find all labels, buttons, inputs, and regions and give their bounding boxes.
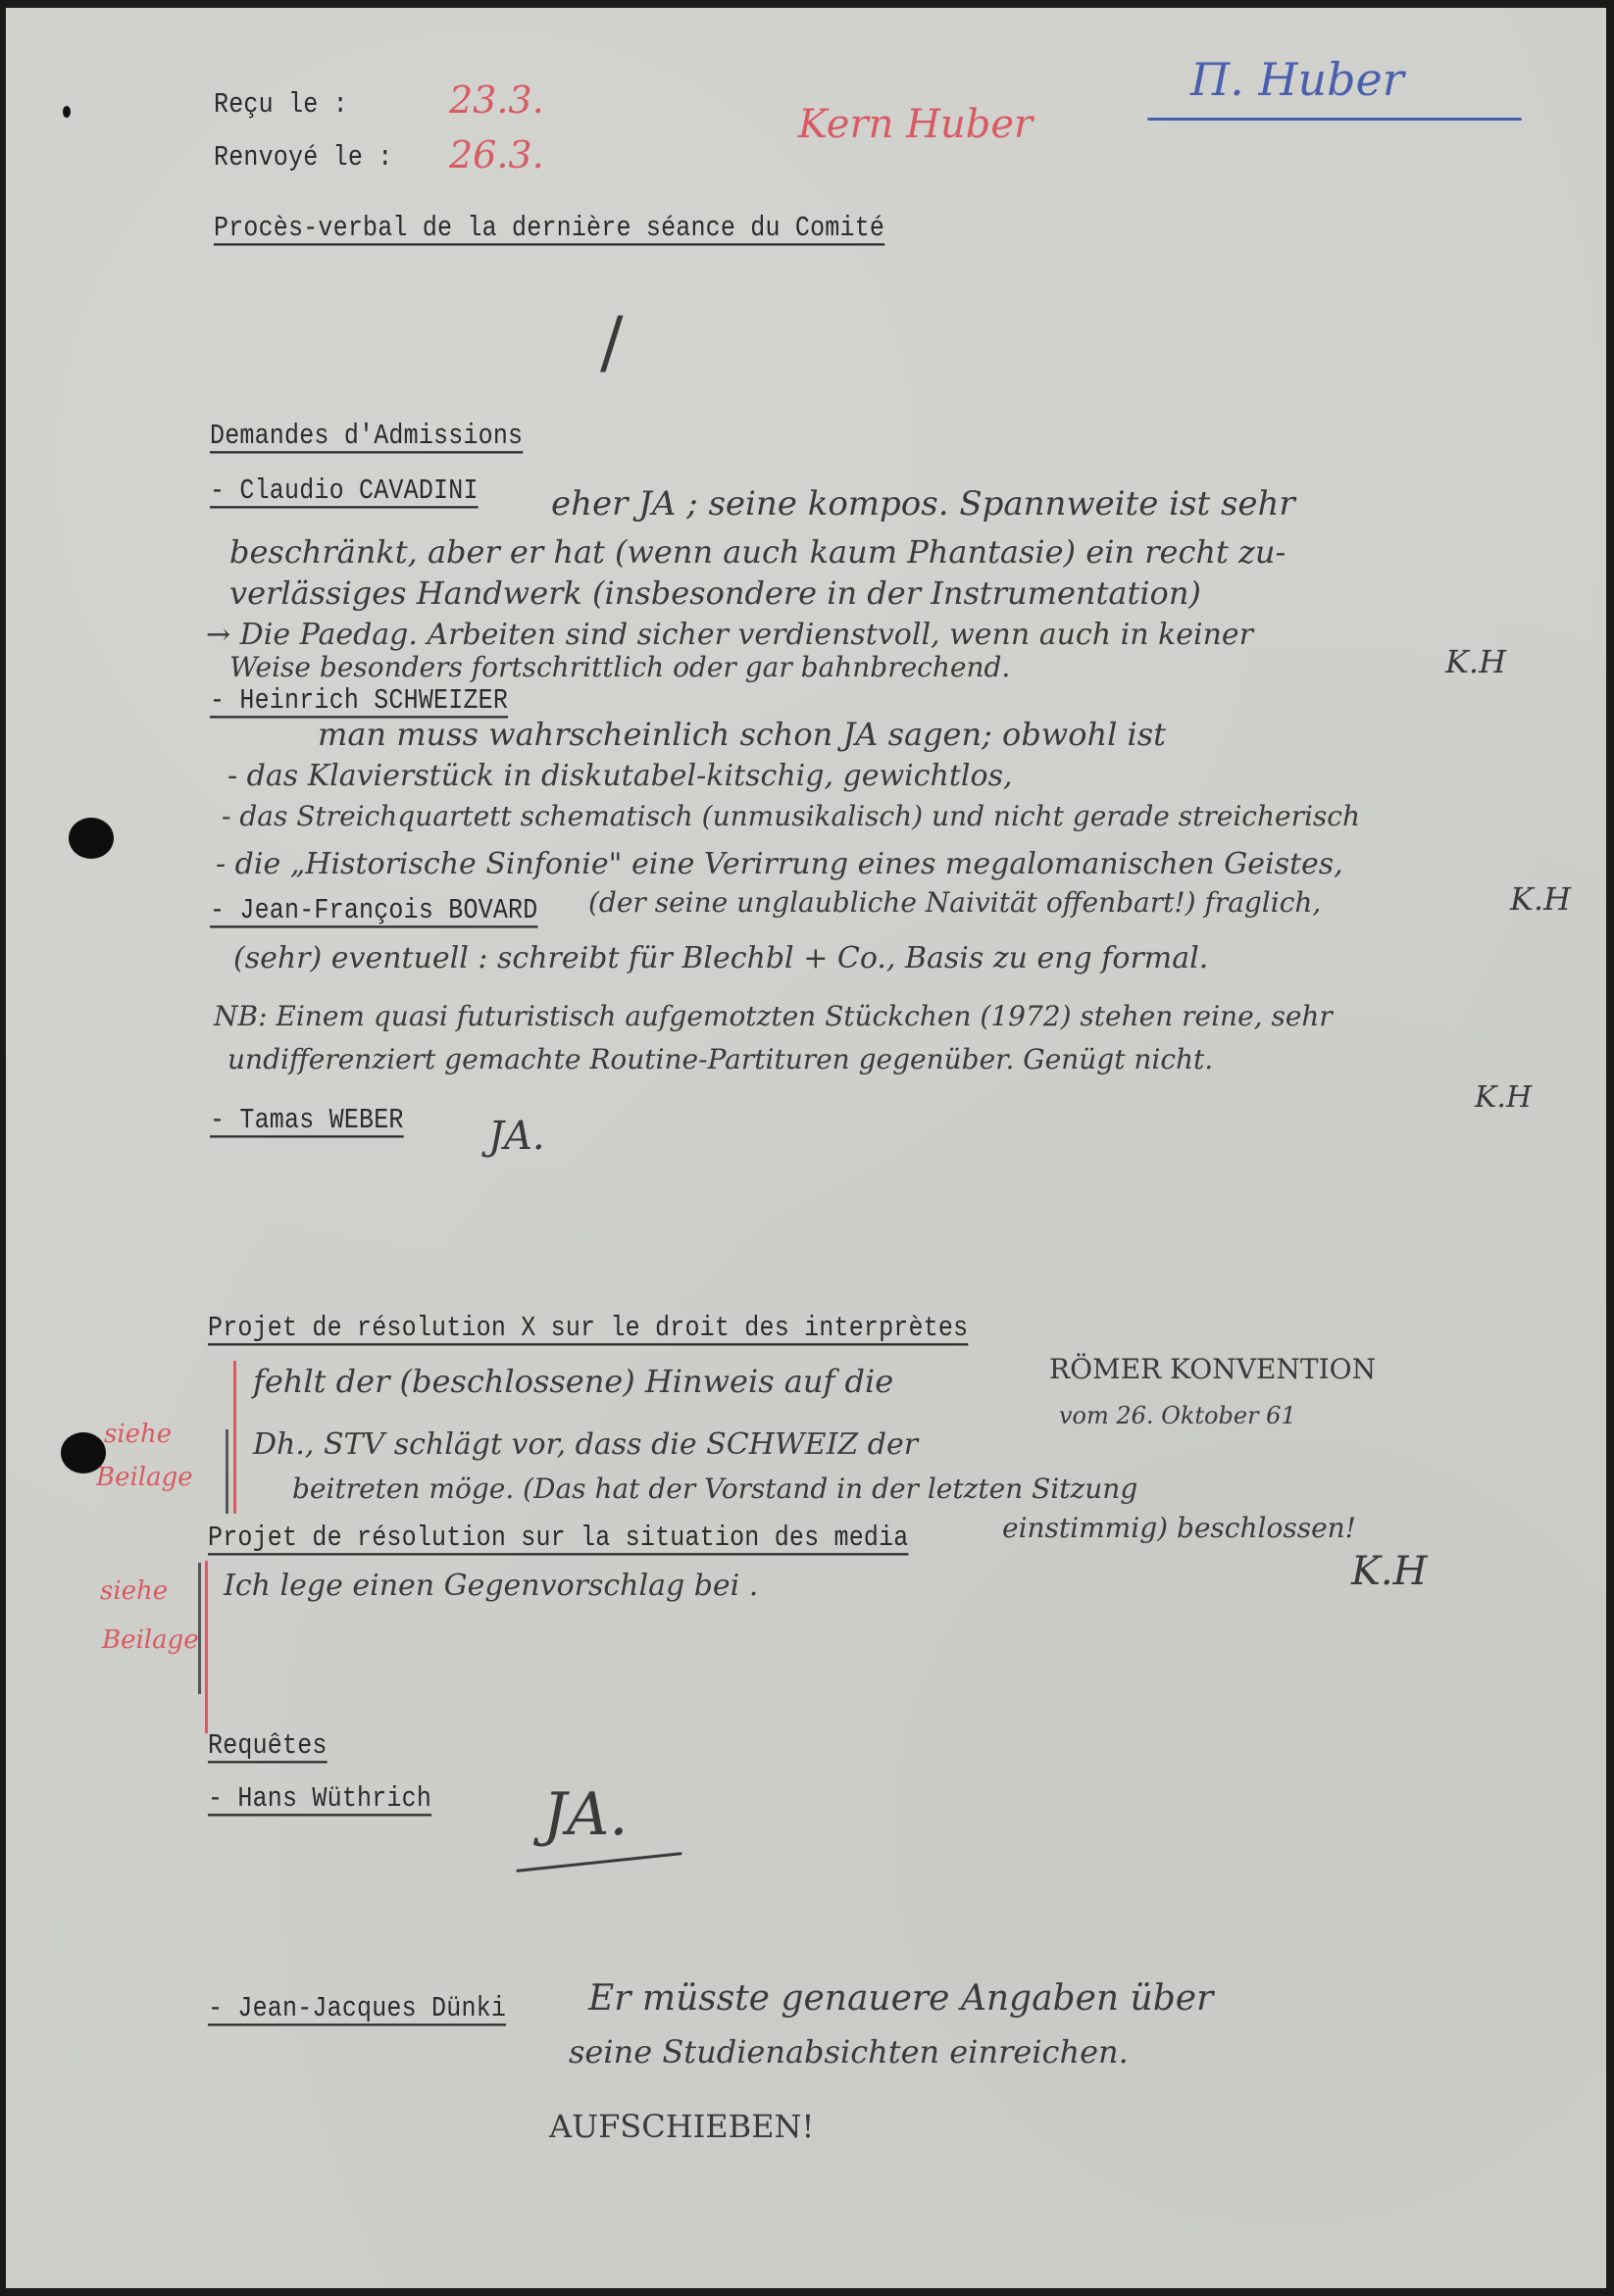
handwritten-note: - das Klavierstück in diskutabel-kitschi…: [227, 759, 1013, 793]
handwritten-note: Dh., STV schlägt vor, dass die SCHWEIZ d…: [253, 1427, 918, 1462]
initials: K.H: [1475, 1080, 1532, 1115]
admissions-heading: Demandes d'Admissions: [210, 420, 523, 452]
handwritten-note: man muss wahrscheinlich schon JA sagen; …: [318, 716, 1166, 753]
initials: K.H: [1445, 643, 1506, 680]
bracket-note: vom 26. Oktober 61: [1059, 1402, 1296, 1429]
punch-hole-top: [69, 818, 114, 859]
handwritten-note: Ich lege einen Gegenvorschlag bei .: [224, 1569, 758, 1603]
slash-mark: /: [600, 302, 624, 382]
resolution-media-heading: Projet de résolution sur la situation de…: [208, 1522, 909, 1554]
handwritten-note: seine Studienabsichten einreichen.: [569, 2033, 1129, 2071]
blue-underline: [1147, 118, 1522, 121]
document-page: Reçu le : 23.3. Renvoyé le : 26.3. Kern …: [6, 8, 1606, 2288]
margin-note: Beilage: [102, 1625, 199, 1655]
request-name: - Jean-Jacques Dünki: [208, 1992, 506, 2024]
margin-note: siehe: [104, 1420, 172, 1449]
blue-name: Π. Huber: [1190, 53, 1404, 106]
returned-date: 26.3.: [449, 133, 544, 176]
requests-heading: Requêtes: [208, 1729, 328, 1762]
margin-bracket-pencil: [226, 1429, 228, 1514]
handwritten-note: (der seine unglaubliche Naivität offenba…: [588, 886, 1321, 919]
candidate-name: - Heinrich SCHWEIZER: [210, 684, 508, 717]
handwritten-note: undifferenziert gemachte Routine-Partitu…: [227, 1043, 1213, 1075]
handwritten-note: → Die Paedag. Arbeiten sind sicher verdi…: [206, 618, 1253, 652]
received-label: Reçu le :: [214, 88, 348, 121]
bracket-note: RÖMER KONVENTION: [1049, 1353, 1376, 1385]
handwritten-note: - die „Historische Sinfonie" eine Verirr…: [216, 847, 1343, 881]
margin-bracket-red: [233, 1361, 236, 1514]
handwritten-note: beitreten möge. (Das hat der Vorstand in…: [292, 1472, 1137, 1505]
candidate-name: - Jean-François BOVARD: [210, 894, 537, 926]
red-signature: Kern Huber: [798, 102, 1033, 147]
resolution-interpreters-heading: Projet de résolution X sur le droit des …: [208, 1312, 968, 1344]
initials: K.H: [1510, 880, 1571, 918]
handwritten-note: eher JA ; seine kompos. Spannweite ist s…: [551, 484, 1295, 524]
handwritten-note: - das Streichquartett schematisch (unmus…: [222, 800, 1360, 832]
ja-underline: [516, 1852, 681, 1872]
handwritten-note: (sehr) eventuell : schreibt für Blechbl …: [233, 941, 1208, 975]
handwritten-note: beschränkt, aber er hat (wenn auch kaum …: [229, 533, 1286, 571]
handwritten-note: verlässiges Handwerk (insbesondere in de…: [229, 574, 1201, 612]
initials: K.H: [1351, 1549, 1427, 1594]
handwritten-note: fehlt der (beschlossene) Hinweis auf die: [253, 1363, 893, 1400]
candidate-name: - Claudio CAVADINI: [210, 474, 479, 507]
handwritten-note: AUFSCHIEBEN!: [549, 2108, 814, 2145]
margin-bracket-red: [205, 1561, 208, 1733]
handwritten-note: Weise besonders fortschrittlich oder gar…: [229, 651, 1010, 683]
returned-label: Renvoyé le :: [214, 141, 392, 174]
candidate-name: - Tamas WEBER: [210, 1104, 404, 1136]
request-name: - Hans Wüthrich: [208, 1782, 431, 1815]
handwritten-note: NB: Einem quasi futuristisch aufgemotzte…: [214, 1000, 1333, 1032]
handwritten-note: einstimmig) beschlossen!: [1002, 1512, 1356, 1544]
page-title: Procès-verbal de la dernière séance du C…: [214, 212, 884, 244]
margin-note: siehe: [100, 1576, 168, 1606]
ink-speck: [63, 106, 71, 118]
received-date: 23.3.: [449, 78, 544, 122]
handwritten-note: JA.: [488, 1114, 545, 1159]
handwritten-note: Er müsste genauere Angaben über: [588, 1978, 1213, 2019]
handwritten-note: JA.: [543, 1780, 628, 1849]
margin-note: Beilage: [96, 1463, 193, 1492]
